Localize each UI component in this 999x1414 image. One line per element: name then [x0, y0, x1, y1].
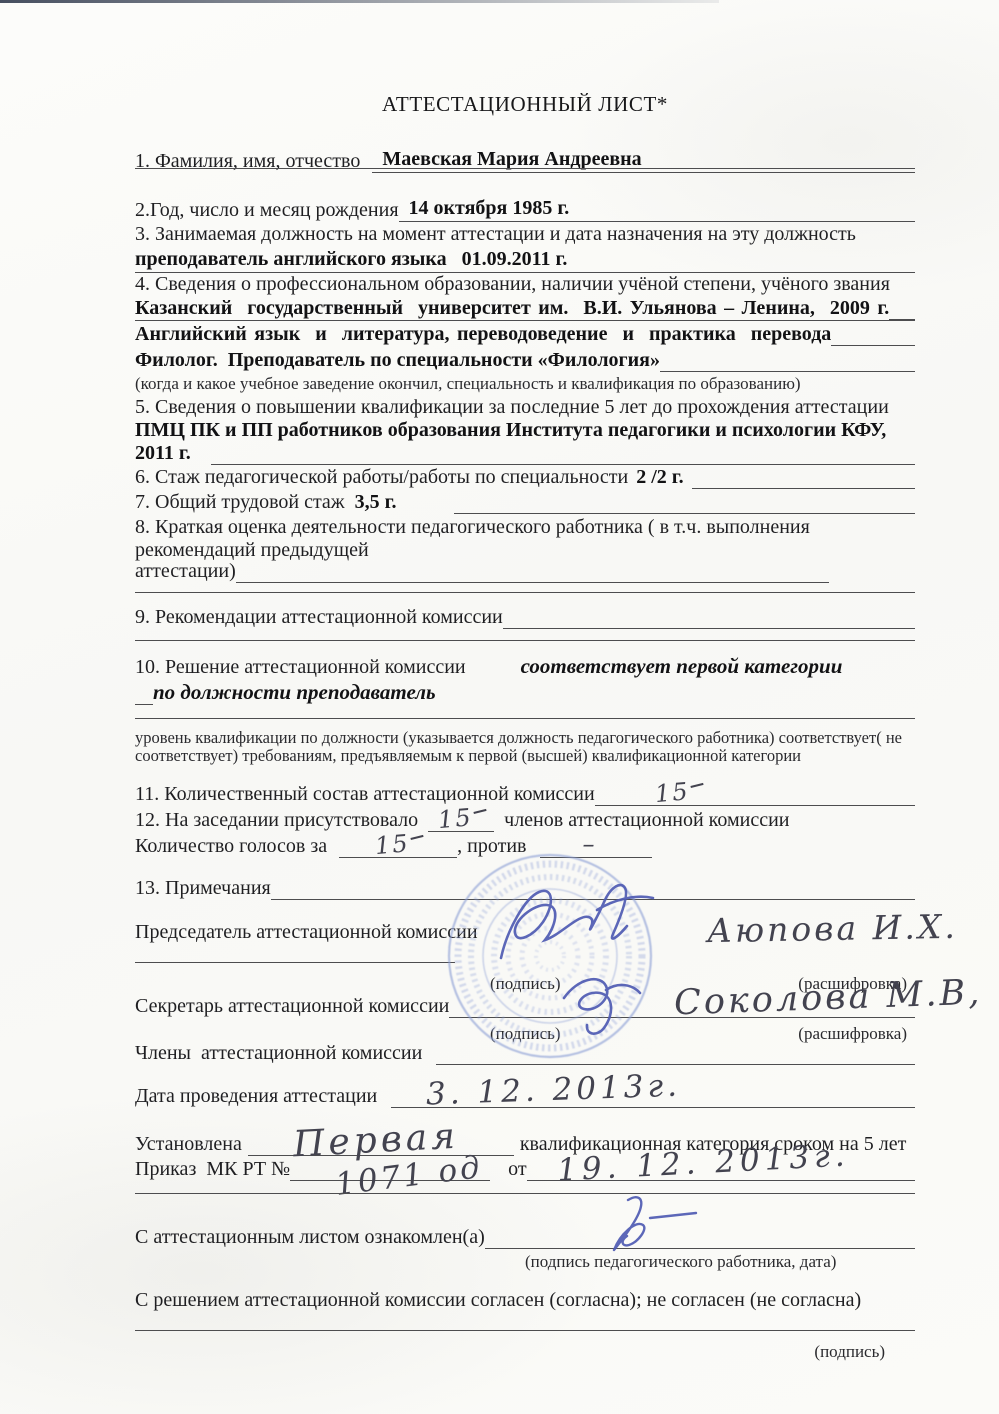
assessment-line3-row: аттестации) [135, 560, 829, 583]
field-teaching-experience: 6. Стаж педагогической работы/работы по … [135, 466, 915, 489]
scan-artifact-top-edge [0, 0, 719, 3]
teaching-experience-value: 2 /2 г. [636, 466, 683, 489]
ruled-line [135, 1330, 915, 1331]
assessment-blank-line [236, 578, 829, 583]
attestation-date-line: 3. 12. 2013г. [391, 1103, 915, 1108]
agree-label: С решением аттестационной комиссии согла… [135, 1289, 861, 1312]
total-experience-label: 7. Общий трудовой стаж [135, 491, 345, 514]
teaching-experience-line [692, 484, 915, 489]
members-label: Члены аттестационной комиссии [135, 1042, 422, 1065]
notes-label: 13. Примечания [135, 877, 271, 900]
education-line3-row: Филолог. Преподаватель по специальности … [135, 349, 915, 372]
birth-date-value: 14 октября 1985 г. [399, 197, 580, 222]
recommendations-label: 9. Рекомендации аттестационной комиссии [135, 606, 503, 629]
attendance-label-pre: 12. На заседании присутствовало [135, 809, 418, 832]
position-value: преподаватель английского языка 01.09.20… [135, 248, 577, 273]
field-recommendations: 9. Рекомендации аттестационной комиссии [135, 606, 915, 629]
ruled-line [135, 718, 915, 719]
field-full-name: 1. Фамилия, имя, отчество Маевская Мария… [135, 148, 915, 173]
secretary-label: Секретарь аттестационной комиссии [135, 995, 449, 1018]
birth-date-line [579, 217, 915, 222]
education-note: (когда и какое учебное заведение окончил… [135, 374, 801, 394]
commission-size-value: 15 [654, 778, 704, 806]
order-row: Приказ МК РТ № 1071 од от 19. 12. 2013г. [135, 1158, 915, 1181]
established-label: Установлена [135, 1133, 242, 1156]
votes-for-label: Количество голосов за [135, 835, 327, 858]
attendance-label-post: членов аттестационной комиссии [504, 809, 789, 832]
employee-signature [592, 1192, 707, 1254]
education-line2: Английский язык и литература, переводове… [135, 323, 831, 346]
decision-value-line2: по должности преподаватель [153, 680, 436, 705]
field-birth-date: 2.Год, число и месяц рождения 14 октября… [135, 197, 915, 222]
order-from-label: от [508, 1158, 526, 1181]
field-commission-size: 11. Количественный состав аттестационной… [135, 783, 915, 806]
education-line1-row: Казанский государственный университет им… [135, 297, 915, 320]
assessment-line1: 8. Краткая оценка деятельности педагогич… [135, 516, 810, 539]
training-line2-row: 2011 г. [135, 442, 915, 465]
total-experience-value: 3,5 г. [355, 491, 397, 514]
votes-for-value: 15 [374, 830, 424, 858]
field-decision: 10. Решение аттестационной комиссии соот… [135, 654, 915, 679]
decision-note2-row: соответствует) требованиям, предъявляемы… [135, 746, 915, 766]
field-attendance: 12. На заседании присутствовало 15 члено… [135, 809, 915, 832]
ruled-line [135, 168, 915, 169]
assessment-line3: аттестации) [135, 560, 236, 583]
decision-note2: соответствует) требованиям, предъявляемы… [135, 746, 801, 766]
birth-date-label: 2.Год, число и месяц рождения [135, 199, 399, 222]
order-number-line: 1071 од [290, 1176, 490, 1181]
recommendations-line [503, 624, 915, 629]
education-line3: Филолог. Преподаватель по специальности … [135, 349, 660, 372]
full-name-value: Маевская Мария Андреевна [372, 148, 651, 173]
employee-signature-caption: (подпись педагогического работника, дата… [525, 1252, 836, 1272]
assessment-line1-row: 8. Краткая оценка деятельности педагогич… [135, 516, 915, 539]
votes-for-line: 15 [339, 853, 457, 858]
education-line2-row: Английский язык и литература, переводове… [135, 323, 915, 346]
field-total-experience: 7. Общий трудовой стаж 3,5 г. [135, 491, 915, 514]
decision-note1: уровень квалификации по должности (указы… [135, 728, 902, 748]
field-education-label-row: 4. Сведения о профессиональном образован… [135, 273, 915, 296]
ruled-line [135, 1193, 915, 1194]
chairman-label: Председатель аттестационной комиссии [135, 921, 478, 944]
decision-value-line2-row: по должности преподаватель [135, 680, 915, 705]
education-note-row: (когда и какое учебное заведение окончил… [135, 374, 915, 394]
caption-row-3: (подпись педагогического работника, дата… [135, 1250, 915, 1272]
training-line2-rule [211, 460, 915, 465]
caption-row-4: (подпись) [135, 1340, 915, 1362]
secretary-signature [552, 968, 652, 1040]
education-line1: Казанский государственный университет им… [135, 297, 889, 320]
education-label: 4. Сведения о профессиональном образован… [135, 273, 890, 296]
decision-label: 10. Решение аттестационной комиссии [135, 656, 466, 679]
order-date-line: 19. 12. 2013г. [527, 1176, 915, 1181]
chairman-signature [495, 878, 660, 973]
training-line2: 2011 г. [135, 442, 191, 465]
training-line1: ПМЦ ПК и ПП работников образования Инсти… [135, 419, 886, 442]
training-label: 5. Сведения о повышении квалификации за … [135, 396, 889, 419]
ruled-line [135, 640, 915, 641]
attestation-sheet-page: АТТЕСТАЦИОННЫЙ ЛИСТ* 1. Фамилия, имя, от… [0, 0, 999, 1414]
attendance-value: 15 [437, 804, 487, 832]
attendance-line: 15 [428, 827, 494, 832]
order-label: Приказ МК РТ № [135, 1158, 290, 1181]
chairman-signature-line [135, 962, 455, 963]
field-position-value-row: преподаватель английского языка 01.09.20… [135, 248, 915, 273]
education-line2-rule [831, 341, 915, 346]
attestation-date-row: Дата проведения аттестации 3. 12. 2013г. [135, 1085, 915, 1108]
total-experience-line [454, 509, 915, 514]
education-line3-rule [660, 367, 915, 372]
page-title: АТТЕСТАЦИОННЫЙ ЛИСТ* [135, 92, 915, 117]
secretary-name-handwritten: Соколова М.В, [674, 976, 983, 1022]
attestation-date-handwritten: 3. 12. 2013г. [426, 1071, 682, 1111]
decryption-caption: (расшифровка) [798, 1024, 907, 1044]
final-signature-caption: (подпись) [814, 1342, 885, 1362]
training-line1-row: ПМЦ ПК и ПП работников образования Инсти… [135, 419, 915, 442]
ruled-line [135, 592, 915, 593]
page-title-text: АТТЕСТАЦИОННЫЙ ЛИСТ* [382, 92, 668, 117]
attestation-date-label: Дата проведения аттестации [135, 1085, 377, 1108]
acquainted-row: С аттестационным листом ознакомлен(а) [135, 1226, 915, 1249]
decision-value-line1: соответствует первой категории [521, 654, 843, 679]
teaching-experience-label: 6. Стаж педагогической работы/работы по … [135, 466, 628, 489]
commission-size-label: 11. Количественный состав аттестационной… [135, 783, 595, 806]
assessment-line2-row: рекомендаций предыдущей [135, 539, 915, 562]
acquainted-label: С аттестационным листом ознакомлен(а) [135, 1226, 485, 1249]
field-training-label-row: 5. Сведения о повышении квалификации за … [135, 396, 915, 419]
chairman-name-handwritten: Аюпова И.Х. [707, 907, 958, 950]
commission-size-line: 15 [595, 801, 915, 806]
position-label: 3. Занимаемая должность на момент аттест… [135, 223, 856, 246]
full-name-label: 1. Фамилия, имя, отчество [135, 150, 360, 173]
decision-note1-row: уровень квалификации по должности (указы… [135, 728, 915, 748]
field-position-label-row: 3. Занимаемая должность на момент аттест… [135, 223, 915, 246]
agree-row: С решением аттестационной комиссии согла… [135, 1289, 915, 1312]
ruled-line [135, 320, 915, 321]
assessment-line2: рекомендаций предыдущей [135, 539, 369, 562]
decision-underscore [135, 700, 153, 705]
